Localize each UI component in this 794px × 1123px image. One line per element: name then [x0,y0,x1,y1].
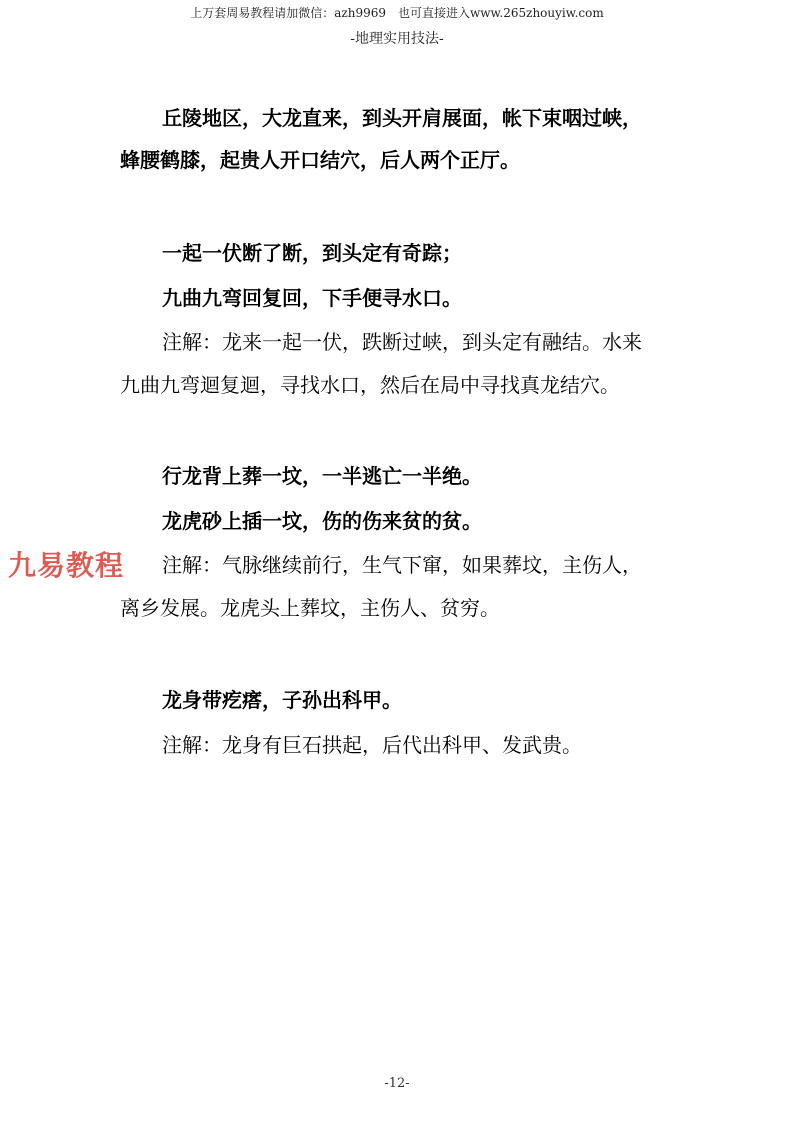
verse-line: 龙身带疙瘩，子孙出科甲。 [162,688,402,712]
verse-line: 龙虎砂上插一坟，伤的伤来贫的贫。 [162,509,482,533]
verse-line: 九曲九弯回复回，下手便寻水口。 [162,286,462,310]
annotation-line: 注解：龙来一起一伏，跌断过峡，到头定有融结。水来 [162,330,642,354]
annotation-line: 九曲九弯迴复迴，寻找水口，然后在局中寻找真龙结穴。 [120,373,620,397]
watermark: 九易教程 [8,544,124,584]
annotation-line: 注解：龙身有巨石拱起，后代出科甲、发武贵。 [162,733,582,757]
annotation-line: 注解：气脉继续前行，生气下窜，如果葬坟，主伤人， [162,553,642,577]
section-title: -地理实用技法- [0,28,794,48]
annotation-line: 离乡发展。龙虎头上葬坟，主伤人、贫穷。 [120,596,500,620]
verse-line: 行龙背上葬一坟，一半逃亡一半绝。 [162,464,482,488]
verse-line: 丘陵地区，大龙直来，到头开肩展面，帐下束咽过峡， [162,106,642,130]
verse-line: 一起一伏断了断，到头定有奇踪； [162,241,462,265]
page-number: -12- [0,1076,794,1091]
verse-line: 蜂腰鹤膝，起贵人开口结穴，后人两个正厅。 [120,148,520,172]
header-promo: 上万套周易教程请加微信：azh9969 也可直接进入www.265zhouyiw… [0,4,794,21]
